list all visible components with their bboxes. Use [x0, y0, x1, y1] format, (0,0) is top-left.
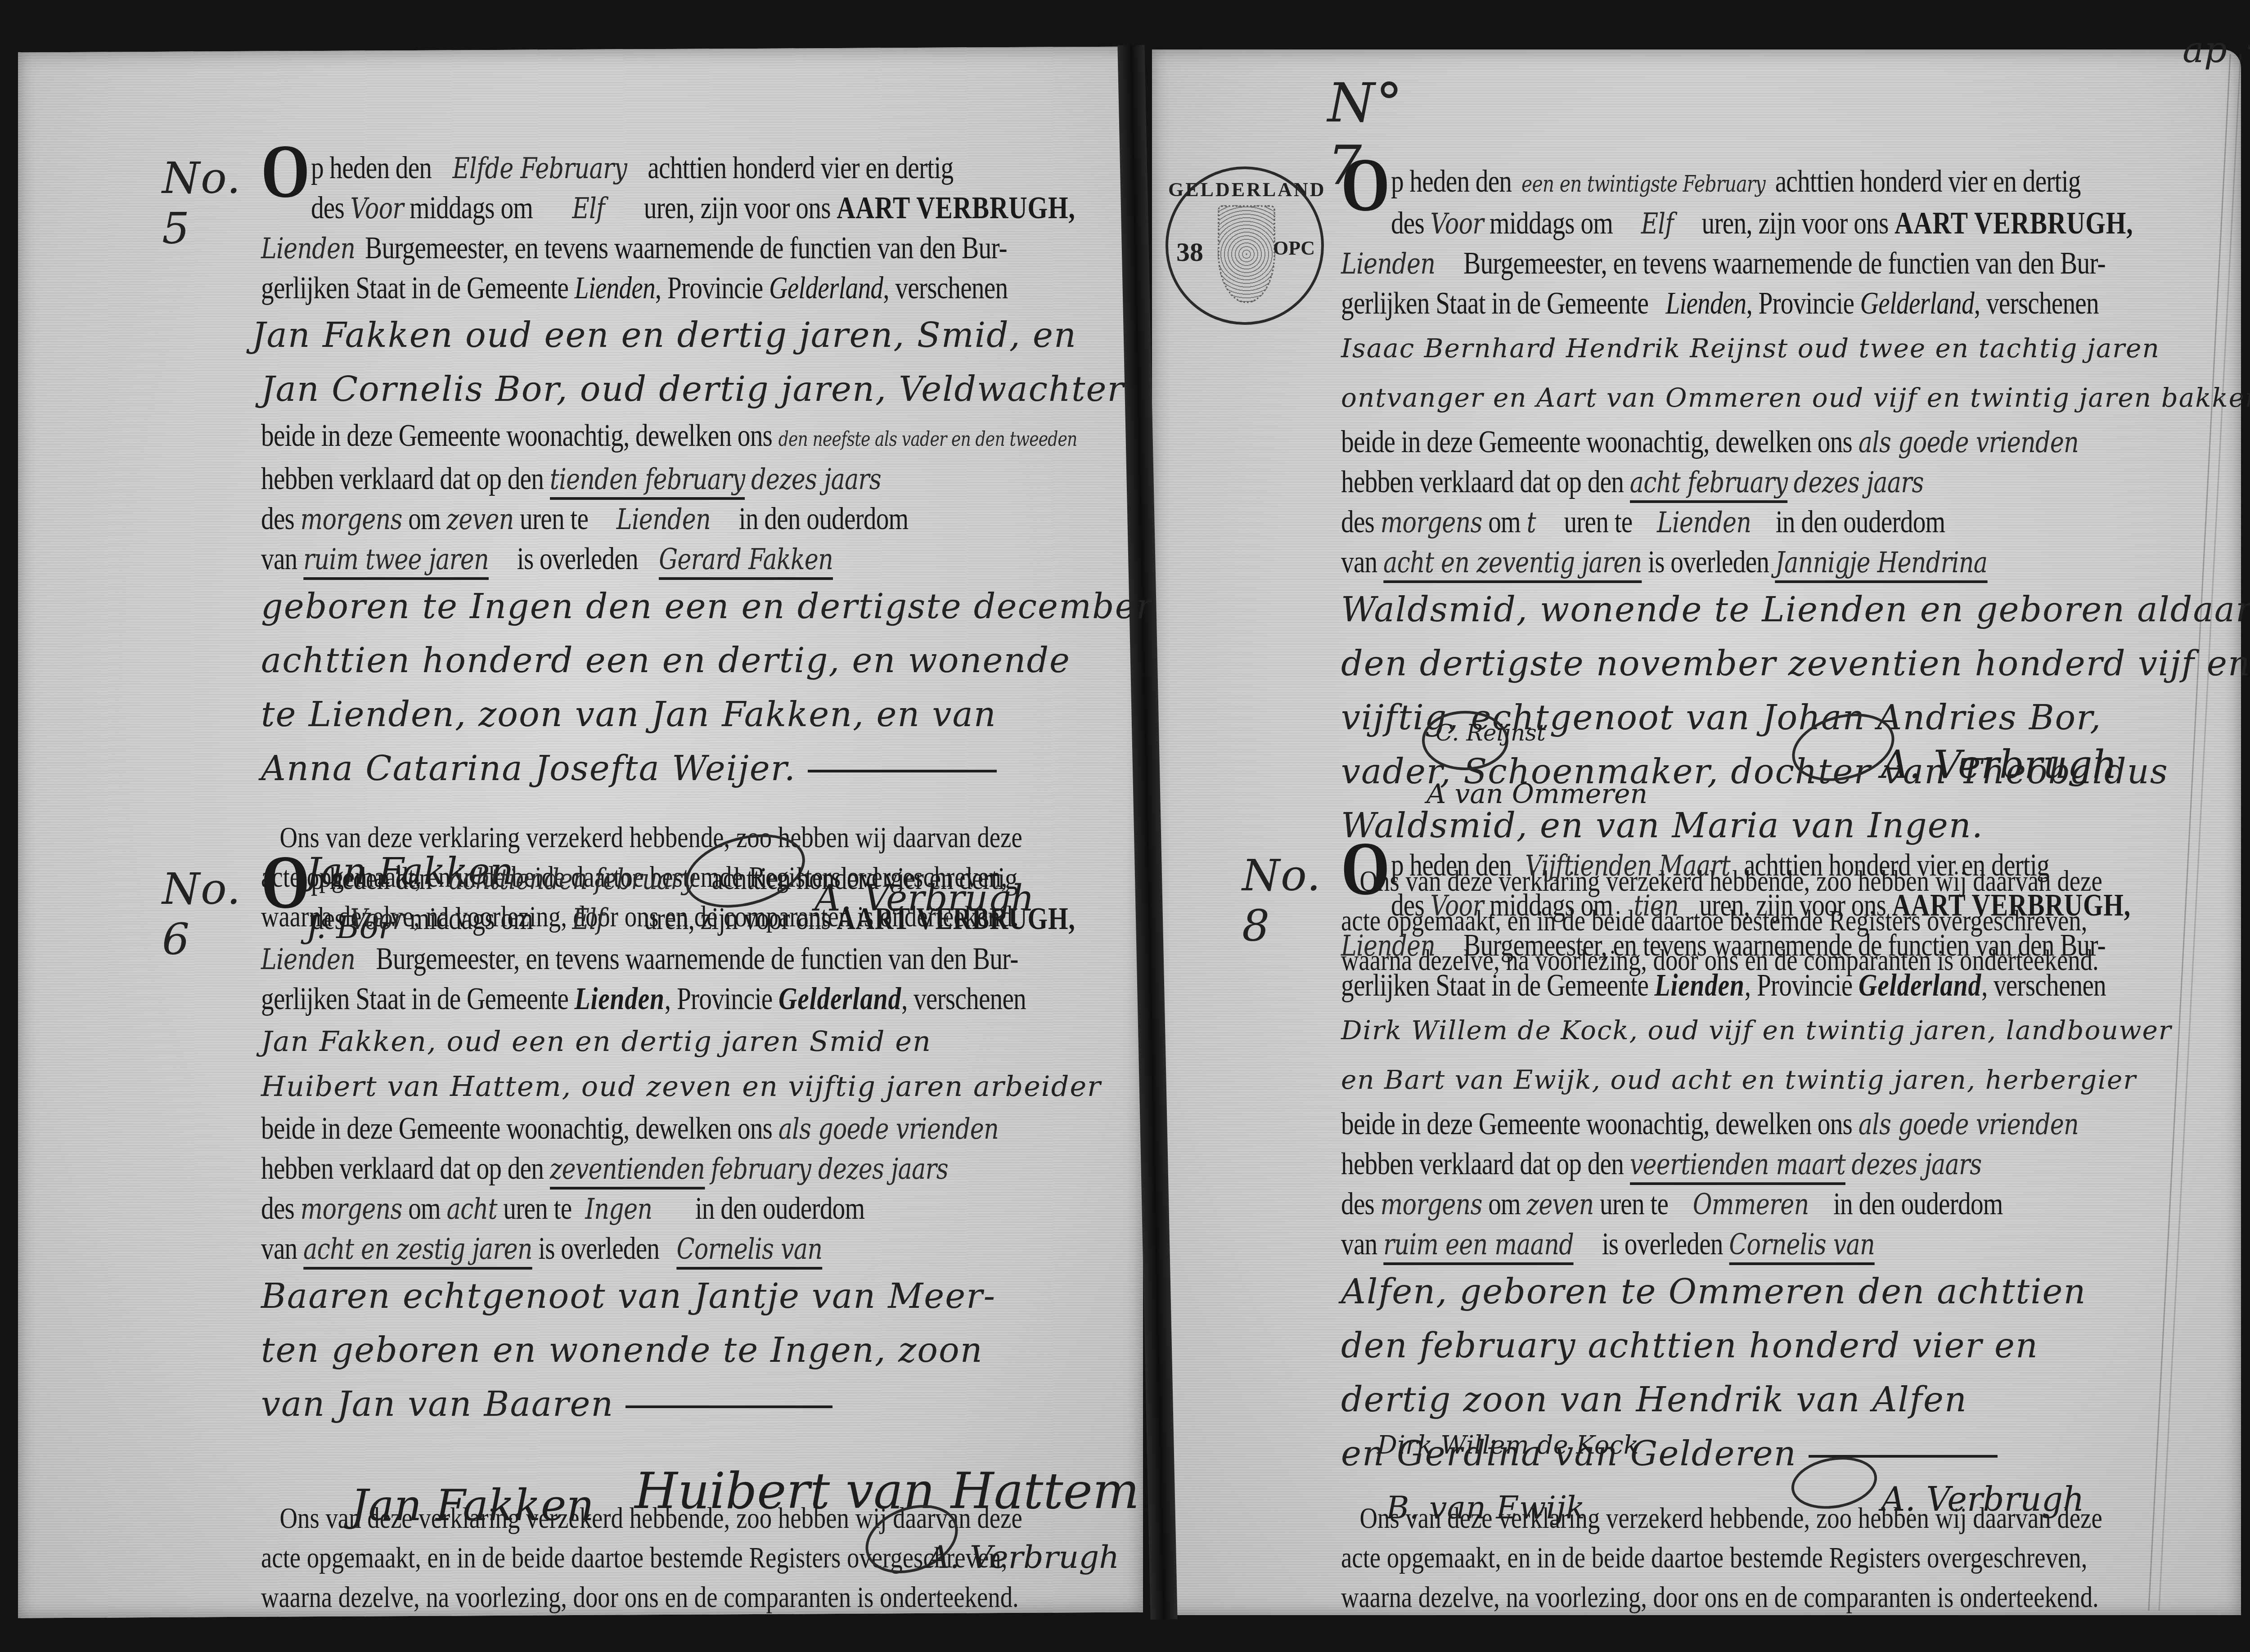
printed-text: des	[311, 902, 344, 936]
hw-death-date: zeventienden	[550, 1153, 705, 1190]
printed-text: des	[1341, 1187, 1374, 1221]
printed-text: , Provincie	[1745, 968, 1853, 1003]
printed-text: middags om	[1489, 206, 1613, 241]
printed-line-3: Lienden Burgemeester, en tevens waarneme…	[261, 229, 1036, 269]
hw-detail-line: achttien honderd een en dertig, en wonen…	[261, 633, 1206, 687]
hw-witness-2: en Bart van Ewijk, oud acht en twintig j…	[1341, 1055, 2250, 1104]
official-name: AART VERBRUGH,	[1894, 206, 2133, 241]
printed-line-6: hebben verklaard dat op den zeventienden…	[261, 1149, 1036, 1189]
printed-text: om	[408, 502, 441, 536]
hw-date: Elfde February	[453, 152, 627, 185]
hw-death-daypart: morgens	[301, 1193, 402, 1226]
hw-deceased: Jannigje Hendrina	[1775, 546, 1988, 583]
province: Gelderland	[1858, 968, 1981, 1003]
printed-text: om	[408, 1191, 441, 1226]
printed-line-3: Lienden Burgemeester, en tevens waarneme…	[1341, 926, 2116, 966]
hw-relation: als goede vrienden	[778, 1113, 999, 1146]
municipality: Lienden	[1655, 968, 1745, 1003]
entry-number: No. 8	[1242, 850, 1322, 951]
printed-line-5: beide in deze Gemeente woonachtig, dewel…	[1341, 1104, 2116, 1145]
printed-text: middags om	[409, 902, 533, 936]
folio-number: 3	[2247, 27, 2250, 55]
printed-line-8: van acht en zeventig jaren is overleden …	[1341, 543, 2116, 583]
hw-witness-1: Jan Fakken, oud een en dertig jaren Smid…	[261, 1019, 1206, 1064]
signature-witness-1: C. Reijnst	[1435, 720, 1546, 746]
hw-death-place: Lienden	[616, 503, 711, 536]
hw-witness-1: Isaac Bernhard Hendrik Reijnst oud twee …	[1341, 323, 2250, 373]
printed-text: van	[1341, 545, 1377, 579]
hw-date: Vijftienden Maart	[1525, 849, 1730, 883]
printed-line-7: des morgens om t uren te Lienden in den …	[1341, 503, 2116, 543]
printed-line-7: des morgens om acht uren te Ingen in den…	[261, 1189, 1036, 1229]
hw-relation: als goede vrienden	[1858, 1108, 2079, 1141]
printed-text: gerlijken Staat in de Gemeente	[1341, 968, 1648, 1003]
fill-dash	[625, 1405, 832, 1408]
hw-detail-line: den dertigste november zeventien honderd…	[1341, 637, 2250, 691]
printed-line-3: Lienden Burgemeester, en tevens waarneme…	[261, 939, 1036, 979]
printed-text: , verschenen	[901, 982, 1026, 1016]
printed-text: uren te	[1564, 505, 1632, 539]
hw-age: acht en zestig jaren	[303, 1233, 532, 1270]
hw-death-year: february dezes jaars	[711, 1153, 948, 1186]
entry-number: No. 6	[162, 864, 242, 965]
hw-detail-line: Waldsmid, wonende te Lienden en geboren …	[1341, 583, 2250, 637]
printed-text: , verschenen	[1974, 286, 2099, 321]
coat-of-arms-icon	[1218, 205, 1275, 303]
printed-line-4: gerlijken Staat in de Gemeente Lienden, …	[1341, 284, 2116, 323]
printed-text: gerlijken Staat in de Gemeente	[261, 982, 568, 1016]
printed-text: van	[261, 1231, 297, 1266]
hw-death-date: acht february	[1630, 466, 1788, 503]
printed-line-4: gerlijken Staat in de Gemeente Lienden, …	[261, 979, 1036, 1019]
hw-place: Lienden	[261, 943, 355, 976]
printed-line-4: gerlijken Staat in de Gemeente Lienden, …	[1341, 966, 2116, 1006]
printed-line-6: hebben verklaard dat op den tienden febr…	[261, 459, 1036, 499]
printed-text: beide in deze Gemeente woonachtig, dewel…	[261, 418, 772, 453]
printed-line-3: Lienden Burgemeester, en tevens waarneme…	[1341, 244, 2116, 284]
printed-line-1: O p heden den Elfde February achttien ho…	[261, 148, 1036, 189]
printed-text: achttien honderd vier en dertig	[648, 151, 953, 185]
signature-mayor: A. Verbrugh	[1881, 742, 2117, 787]
hw-detail-line: Anna Catarina Josefta Weijer.	[261, 741, 1206, 795]
printed-text: p heden den	[1391, 848, 1512, 883]
hw-hour: Elf	[572, 192, 604, 225]
printed-line-1: O p heden den een en twintigste February…	[1341, 162, 2116, 204]
hw-detail-line: te Lienden, zoon van Jan Fakken, en van	[261, 687, 1206, 741]
printed-text: gerlijken Staat in de Gemeente	[1341, 286, 1648, 321]
printed-text: Burgemeester, en tevens waarnemende de f…	[1463, 928, 2106, 963]
hw-relation: als goede vrienden	[1858, 426, 2079, 459]
printed-text: beide in deze Gemeente woonachtig, dewel…	[1341, 425, 1852, 459]
closing-line-2: acte opgemaakt, en in de beide daartoe b…	[1341, 1538, 2125, 1578]
printed-text: des	[1391, 206, 1424, 241]
printed-text: uren te	[520, 502, 588, 536]
drop-cap: O	[1341, 157, 1390, 211]
printed-text: achttien honderd vier en dertig	[1775, 164, 2081, 199]
printed-line-2: des Voor middags om Elf uren, zijn voor …	[261, 899, 1036, 939]
printed-text: in den ouderdom	[1776, 505, 1945, 539]
stamp-right-text: OPC	[1273, 237, 1315, 260]
printed-text: achttien honderd vier en dertig	[711, 862, 1017, 896]
municipality: Lienden	[575, 271, 655, 305]
entry-number: No. 5	[162, 153, 242, 254]
printed-text: uren te	[1600, 1187, 1668, 1221]
official-name: AART VERBRUGH,	[837, 902, 1075, 936]
province: Gelderland	[778, 982, 901, 1016]
printed-line-5: beide in deze Gemeente woonachtig, dewel…	[1341, 422, 2116, 462]
printed-text: in den ouderdom	[739, 502, 909, 536]
printed-text: des	[311, 191, 344, 225]
hw-death-hour: zeven	[1526, 1188, 1593, 1221]
printed-text: achttien honderd vier en dertig	[1744, 848, 2049, 883]
hw-hour: tien	[1633, 889, 1678, 923]
hw-detail-line: dertig zoon van Hendrik van Alfen	[1341, 1373, 2250, 1427]
hw-deceased: Cornelis van	[676, 1233, 822, 1270]
hw-date: achttienden february	[449, 863, 694, 896]
hw-witness-2: Huibert van Hattem, oud zeven en vijftig…	[261, 1064, 1206, 1109]
hw-death-place: Ingen	[585, 1193, 652, 1226]
signature-witness-1: Dirk Willem de Kock	[1377, 1431, 1639, 1460]
printed-text: van	[1341, 1227, 1377, 1261]
printed-text: des	[1341, 505, 1374, 539]
printed-text: middags om	[1489, 888, 1613, 923]
closing-line-3: waarna dezelve, na voorlezing, door ons …	[1341, 1578, 2125, 1617]
hw-age: acht en zeventig jaren	[1383, 546, 1642, 583]
printed-text: beide in deze Gemeente woonachtig, dewel…	[1341, 1107, 1852, 1141]
signature-witness-2: Huibert van Hattem	[634, 1462, 1139, 1520]
printed-text: , verschenen	[1981, 968, 2106, 1003]
printed-line-4: gerlijken Staat in de Gemeente Lienden, …	[261, 269, 1036, 308]
printed-line-5: beide in deze Gemeente woonachtig, dewel…	[261, 1109, 1036, 1149]
printed-text: in den ouderdom	[695, 1191, 865, 1226]
printed-line-5: beide in deze Gemeente woonachtig, dewel…	[261, 416, 1036, 459]
printed-text: , Provincie	[655, 271, 763, 305]
hw-detail-text: van Jan van Baaren	[261, 1384, 614, 1424]
printed-text: om	[1488, 505, 1521, 539]
printed-text: Burgemeester, en tevens waarnemende de f…	[1463, 246, 2106, 281]
hw-death-date: veertienden maart	[1630, 1148, 1845, 1185]
hw-death-hour: zeven	[446, 503, 513, 536]
printed-line-6: hebben verklaard dat op den acht februar…	[1341, 462, 2116, 503]
printed-text: in den ouderdom	[1833, 1187, 2003, 1221]
printed-line-6: hebben verklaard dat op den veertienden …	[1341, 1145, 2116, 1185]
printed-text: hebben verklaard dat op den	[261, 1151, 544, 1186]
municipality: Lienden	[575, 982, 665, 1016]
printed-text: p heden den	[1391, 164, 1512, 199]
official-name: AART VERBRUGH,	[1892, 888, 2131, 923]
hw-age: ruim een maand	[1383, 1228, 1574, 1265]
printed-text: uren, zijn voor ons	[644, 191, 831, 225]
printed-text: uren, zijn voor ons	[1702, 206, 1889, 241]
hw-daypart: Voor	[350, 903, 403, 936]
printed-text: hebben verklaard dat op den	[1341, 465, 1624, 499]
hw-witness-2: Jan Cornelis Bor, oud dertig jaren, Veld…	[261, 362, 1206, 416]
signature-witness-2: A van Ommeren	[1426, 778, 1647, 810]
printed-line-2: des Voor middags om Elf uren, zijn voor …	[1341, 204, 2116, 244]
hw-death-year: dezes jaars	[1851, 1148, 1981, 1181]
hw-witness-1: Jan Fakken oud een en dertig jaren, Smid…	[252, 308, 1206, 362]
hw-detail-line: den february achttien honderd vier en	[1341, 1319, 2250, 1373]
printed-line-8: van acht en zestig jaren is overleden Co…	[261, 1229, 1036, 1269]
hw-death-year: dezes jaars	[1794, 466, 1924, 499]
printed-text: , verschenen	[883, 271, 1008, 305]
printed-text: uren te	[503, 1191, 571, 1226]
printed-text: , Provincie	[1746, 286, 1854, 321]
printed-text: Burgemeester, en tevens waarnemende de f…	[365, 231, 1007, 265]
signature-mayor: A. Verbrugh	[1881, 1480, 2084, 1519]
hw-place: Lienden	[261, 232, 355, 265]
printed-text: is overleden	[1648, 545, 1769, 579]
hw-witness-2: ontvanger en Aart van Ommeren oud vijf e…	[1341, 373, 2250, 422]
province: Gelderland	[769, 271, 883, 305]
signature-witness-2: B. van Ewijk	[1386, 1489, 1585, 1526]
hw-death-place: Ommeren	[1693, 1188, 1809, 1221]
closing-line-3: waarna dezelve, na voorlezing, door ons …	[261, 1578, 1045, 1617]
hw-detail-text: Anna Catarina Josefta Weijer.	[261, 748, 796, 788]
folio-mark: ap 3	[2182, 27, 2250, 71]
hw-daypart: Voor	[1430, 889, 1483, 923]
hw-date: een en twintigste February	[1521, 171, 1765, 197]
printed-line-8: van ruim twee jaren is overleden Gerard …	[261, 539, 1036, 579]
fill-dash	[808, 770, 997, 772]
hw-death-hour: t	[1526, 506, 1535, 539]
folio-initials: ap	[2182, 29, 2227, 71]
printed-text: gerlijken Staat in de Gemeente	[261, 271, 568, 305]
printed-line-7: des morgens om zeven uren te Ommeren in …	[1341, 1185, 2116, 1225]
printed-text: hebben verklaard dat op den	[1341, 1147, 1624, 1181]
hw-place: Lienden	[1341, 247, 1435, 281]
hw-hour: Elf	[1641, 207, 1674, 241]
printed-text: des	[261, 502, 294, 536]
printed-text: hebben verklaard dat op den	[261, 462, 544, 496]
hw-daypart: Voor	[1430, 207, 1483, 241]
printed-text: uren, zijn voor ons	[1699, 888, 1886, 923]
hw-detail-line: ten geboren en wonende te Ingen, zoon	[261, 1323, 1206, 1377]
printed-line-2: des Voor middags om tien uren, zijn voor…	[1341, 886, 2116, 926]
printed-text: uren, zijn voor ons	[644, 902, 831, 936]
printed-text: , Provincie	[665, 982, 773, 1016]
hw-detail-line: van Jan van Baaren	[261, 1377, 1206, 1431]
printed-text: des	[261, 1191, 294, 1226]
printed-text: middags om	[409, 191, 533, 225]
hw-deceased: Cornelis van	[1729, 1228, 1875, 1265]
printed-line-1: O p heden den Vijftienden Maart achttien…	[1341, 846, 2116, 886]
printed-text: p heden den	[311, 862, 432, 896]
hw-daypart: Voor	[350, 192, 403, 225]
printed-text: is overleden	[1602, 1227, 1723, 1261]
signature-witness-1: Jan Fakken	[351, 1480, 594, 1531]
printed-text: beide in deze Gemeente woonachtig, dewel…	[261, 1111, 772, 1146]
hw-death-place: Lienden	[1657, 506, 1751, 539]
hw-death-daypart: morgens	[1381, 506, 1482, 539]
hw-hour: Elf	[572, 903, 604, 936]
printed-text: p heden den	[311, 151, 432, 185]
hw-death-daypart: morgens	[301, 503, 402, 536]
signature-mayor: A. Verbrugh	[927, 1539, 1119, 1576]
printed-line-2: des Voor middags om Elf uren, zijn voor …	[261, 189, 1036, 229]
printed-text: van	[261, 542, 297, 576]
official-name: AART VERBRUGH,	[837, 191, 1075, 225]
printed-line-7: des morgens om zeven uren te Lienden in …	[261, 499, 1036, 539]
hw-death-daypart: morgens	[1381, 1188, 1482, 1221]
hw-witness-1: Dirk Willem de Kock, oud vijf en twintig…	[1341, 1006, 2250, 1055]
register-spread: ap 3 GELDERLAND 38 OPC No. 5 O p heden d…	[0, 0, 2250, 1652]
hw-death-year: dezes jaars	[751, 463, 881, 496]
hw-place: Lienden	[1341, 929, 1435, 963]
printed-line-1: O p heden den achttienden february achtt…	[261, 859, 1036, 899]
hw-detail-line: Baaren echtgenoot van Jantje van Meer-	[261, 1269, 1206, 1323]
printed-text: is overleden	[517, 542, 638, 576]
hw-detail-line: geboren te Ingen den een en dertigste de…	[261, 579, 1206, 633]
hw-death-date: tienden february	[550, 463, 745, 500]
hw-age: ruim twee jaren	[303, 543, 489, 580]
municipality: Lienden	[1665, 286, 1746, 321]
hw-death-hour: acht	[446, 1193, 497, 1226]
hw-relation: den neefste als vader en den tweeden	[778, 428, 1077, 451]
printed-text: om	[1488, 1187, 1521, 1221]
province: Gelderland	[1860, 286, 1974, 321]
printed-text: des	[1391, 888, 1424, 923]
hw-deceased: Gerard Fakken	[659, 543, 833, 580]
printed-text: Burgemeester, en tevens waarnemende de f…	[376, 942, 1018, 976]
printed-text: is overleden	[538, 1231, 659, 1266]
printed-line-8: van ruim een maand is overleden Cornelis…	[1341, 1225, 2116, 1265]
hw-detail-line: Alfen, geboren te Ommeren den achttien	[1341, 1265, 2250, 1319]
